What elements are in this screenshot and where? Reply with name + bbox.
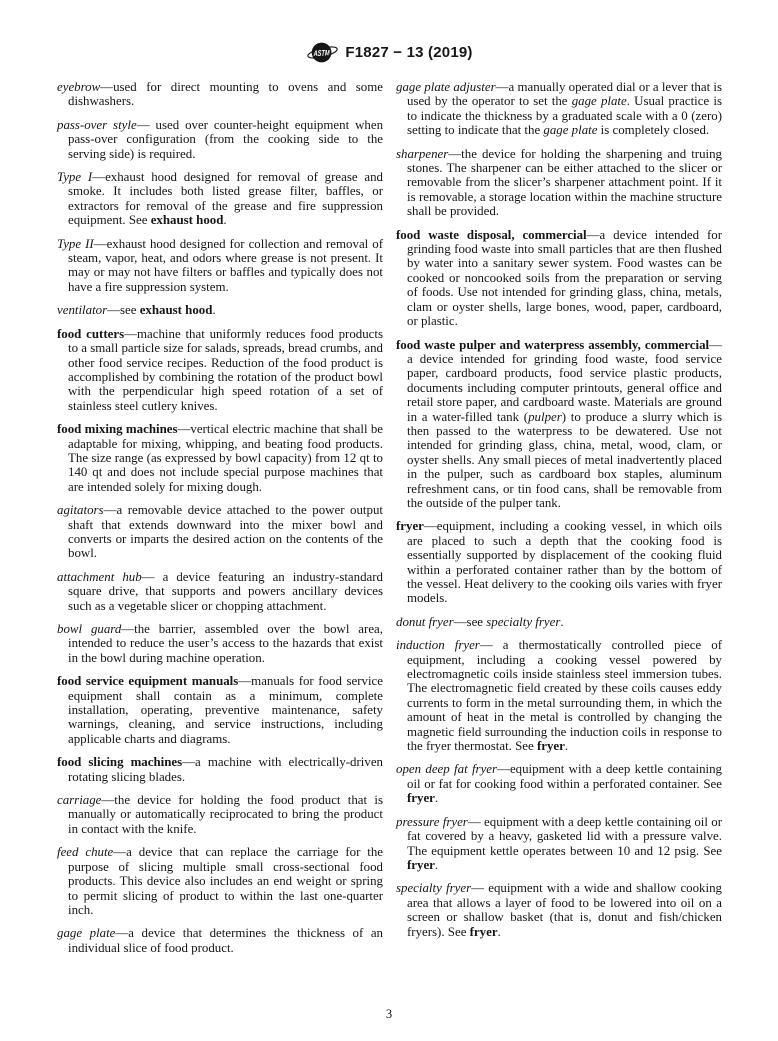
text-segment: carriage bbox=[57, 793, 101, 807]
text-segment: . bbox=[223, 213, 226, 227]
text-segment: pressure fryer bbox=[396, 815, 468, 829]
text-segment: attachment hub bbox=[57, 570, 142, 584]
text-segment: —a device intended for grinding food was… bbox=[407, 228, 722, 328]
definition-paragraph: specialty fryer— equipment with a wide a… bbox=[396, 881, 722, 939]
text-segment: — a thermostatically controlled piece of… bbox=[407, 638, 722, 753]
definition-paragraph: agitators—a removable device attached to… bbox=[57, 503, 383, 561]
svg-text:ASTM: ASTM bbox=[313, 48, 330, 58]
text-segment: pulper bbox=[528, 410, 562, 424]
text-segment: —used for direct mounting to ovens and s… bbox=[68, 80, 383, 108]
text-segment: . bbox=[212, 303, 215, 317]
definition-paragraph: Type II—exhaust hood designed for collec… bbox=[57, 237, 383, 295]
text-segment: specialty fryer bbox=[396, 881, 471, 895]
text-segment: food mixing machines bbox=[57, 422, 178, 436]
text-segment: food cutters bbox=[57, 327, 124, 341]
text-segment: food waste pulper and waterpress assembl… bbox=[396, 338, 709, 352]
definition-paragraph: pressure fryer— equipment with a deep ke… bbox=[396, 815, 722, 873]
text-segment: . bbox=[560, 615, 563, 629]
definition-paragraph: gage plate adjuster—a manually operated … bbox=[396, 80, 722, 138]
definition-paragraph: gage plate—a device that determines the … bbox=[57, 926, 383, 955]
text-segment: open deep fat fryer bbox=[396, 762, 497, 776]
text-segment: ventilator bbox=[57, 303, 107, 317]
definition-paragraph: food waste pulper and waterpress assembl… bbox=[396, 338, 722, 511]
definition-paragraph: attachment hub— a device featuring an in… bbox=[57, 570, 383, 613]
text-segment: gage plate bbox=[543, 123, 597, 137]
two-column-body: eyebrow—used for direct mounting to oven… bbox=[57, 80, 723, 964]
definition-paragraph: food slicing machines—a machine with ele… bbox=[57, 755, 383, 784]
text-segment: —a device that determines the thickness … bbox=[68, 926, 383, 954]
definition-paragraph: pass-over style— used over counter-heigh… bbox=[57, 118, 383, 161]
text-segment: gage plate bbox=[57, 926, 115, 940]
definition-paragraph: food service equipment manuals—manuals f… bbox=[57, 674, 383, 746]
text-segment: bowl guard bbox=[57, 622, 121, 636]
text-segment: ) to produce a slurry which is then pass… bbox=[407, 410, 722, 510]
text-segment: —exhaust hood designed for collection an… bbox=[68, 237, 383, 294]
text-segment: —a device that can replace the carriage … bbox=[68, 845, 383, 917]
standard-designation: F1827 − 13 (2019) bbox=[345, 44, 472, 61]
text-segment: donut fryer bbox=[396, 615, 454, 629]
text-segment: specialty fryer bbox=[486, 615, 560, 629]
text-segment: fryer bbox=[537, 739, 565, 753]
text-segment: —see bbox=[454, 615, 487, 629]
text-segment: —equipment, including a cooking vessel, … bbox=[407, 519, 722, 605]
document-page: ASTM F1827 − 13 (2019) eyebrow—used for … bbox=[0, 0, 778, 1041]
astm-logo-icon: ASTM bbox=[307, 40, 339, 65]
definition-paragraph: sharpener—the device for holding the sha… bbox=[396, 147, 722, 219]
text-segment: exhaust hood bbox=[140, 303, 213, 317]
text-segment: eyebrow bbox=[57, 80, 100, 94]
page-number: 3 bbox=[0, 1007, 778, 1022]
text-segment: . bbox=[498, 925, 501, 939]
text-segment: fryer bbox=[407, 791, 435, 805]
text-segment: . bbox=[565, 739, 568, 753]
text-segment: feed chute bbox=[57, 845, 113, 859]
definition-paragraph: feed chute—a device that can replace the… bbox=[57, 845, 383, 917]
text-segment: . bbox=[435, 791, 438, 805]
definition-paragraph: ventilator—see exhaust hood. bbox=[57, 303, 383, 317]
definition-paragraph: Type I—exhaust hood designed for removal… bbox=[57, 170, 383, 228]
left-column: eyebrow—used for direct mounting to oven… bbox=[57, 80, 383, 964]
right-column: gage plate adjuster—a manually operated … bbox=[396, 80, 722, 964]
definition-paragraph: fryer—equipment, including a cooking ves… bbox=[396, 519, 722, 605]
text-segment: fryer bbox=[396, 519, 424, 533]
text-segment: fryer bbox=[407, 858, 435, 872]
text-segment: Type II bbox=[57, 237, 94, 251]
text-segment: induction fryer bbox=[396, 638, 480, 652]
definition-paragraph: open deep fat fryer—equipment with a dee… bbox=[396, 762, 722, 805]
definition-paragraph: food cutters—machine that uniformly redu… bbox=[57, 327, 383, 413]
text-segment: —the device for holding the food product… bbox=[68, 793, 383, 836]
text-segment: —see bbox=[107, 303, 140, 317]
text-segment: is completely closed. bbox=[597, 123, 709, 137]
text-segment: food slicing machines bbox=[57, 755, 182, 769]
text-segment: . bbox=[435, 858, 438, 872]
text-segment: gage plate bbox=[572, 94, 627, 108]
text-segment: food service equipment manuals bbox=[57, 674, 238, 688]
definition-paragraph: bowl guard—the barrier, assembled over t… bbox=[57, 622, 383, 665]
text-segment: food waste disposal, commercial bbox=[396, 228, 587, 242]
definition-paragraph: donut fryer—see specialty fryer. bbox=[396, 615, 722, 629]
page-header: ASTM F1827 − 13 (2019) bbox=[57, 0, 723, 65]
definition-paragraph: eyebrow—used for direct mounting to oven… bbox=[57, 80, 383, 109]
definition-paragraph: food waste disposal, commercial—a device… bbox=[396, 228, 722, 329]
text-segment: Type I bbox=[57, 170, 92, 184]
definition-paragraph: induction fryer— a thermostatically cont… bbox=[396, 638, 722, 753]
definition-paragraph: food mixing machines—vertical electric m… bbox=[57, 422, 383, 494]
text-segment: fryer bbox=[470, 925, 498, 939]
text-segment: —the device for holding the sharpening a… bbox=[407, 147, 722, 219]
definition-paragraph: carriage—the device for holding the food… bbox=[57, 793, 383, 836]
text-segment: gage plate adjuster bbox=[396, 80, 496, 94]
text-segment: exhaust hood bbox=[151, 213, 224, 227]
text-segment: sharpener bbox=[396, 147, 448, 161]
text-segment: pass-over style bbox=[57, 118, 137, 132]
text-segment: agitators bbox=[57, 503, 104, 517]
text-segment: —a removable device attached to the powe… bbox=[68, 503, 383, 560]
